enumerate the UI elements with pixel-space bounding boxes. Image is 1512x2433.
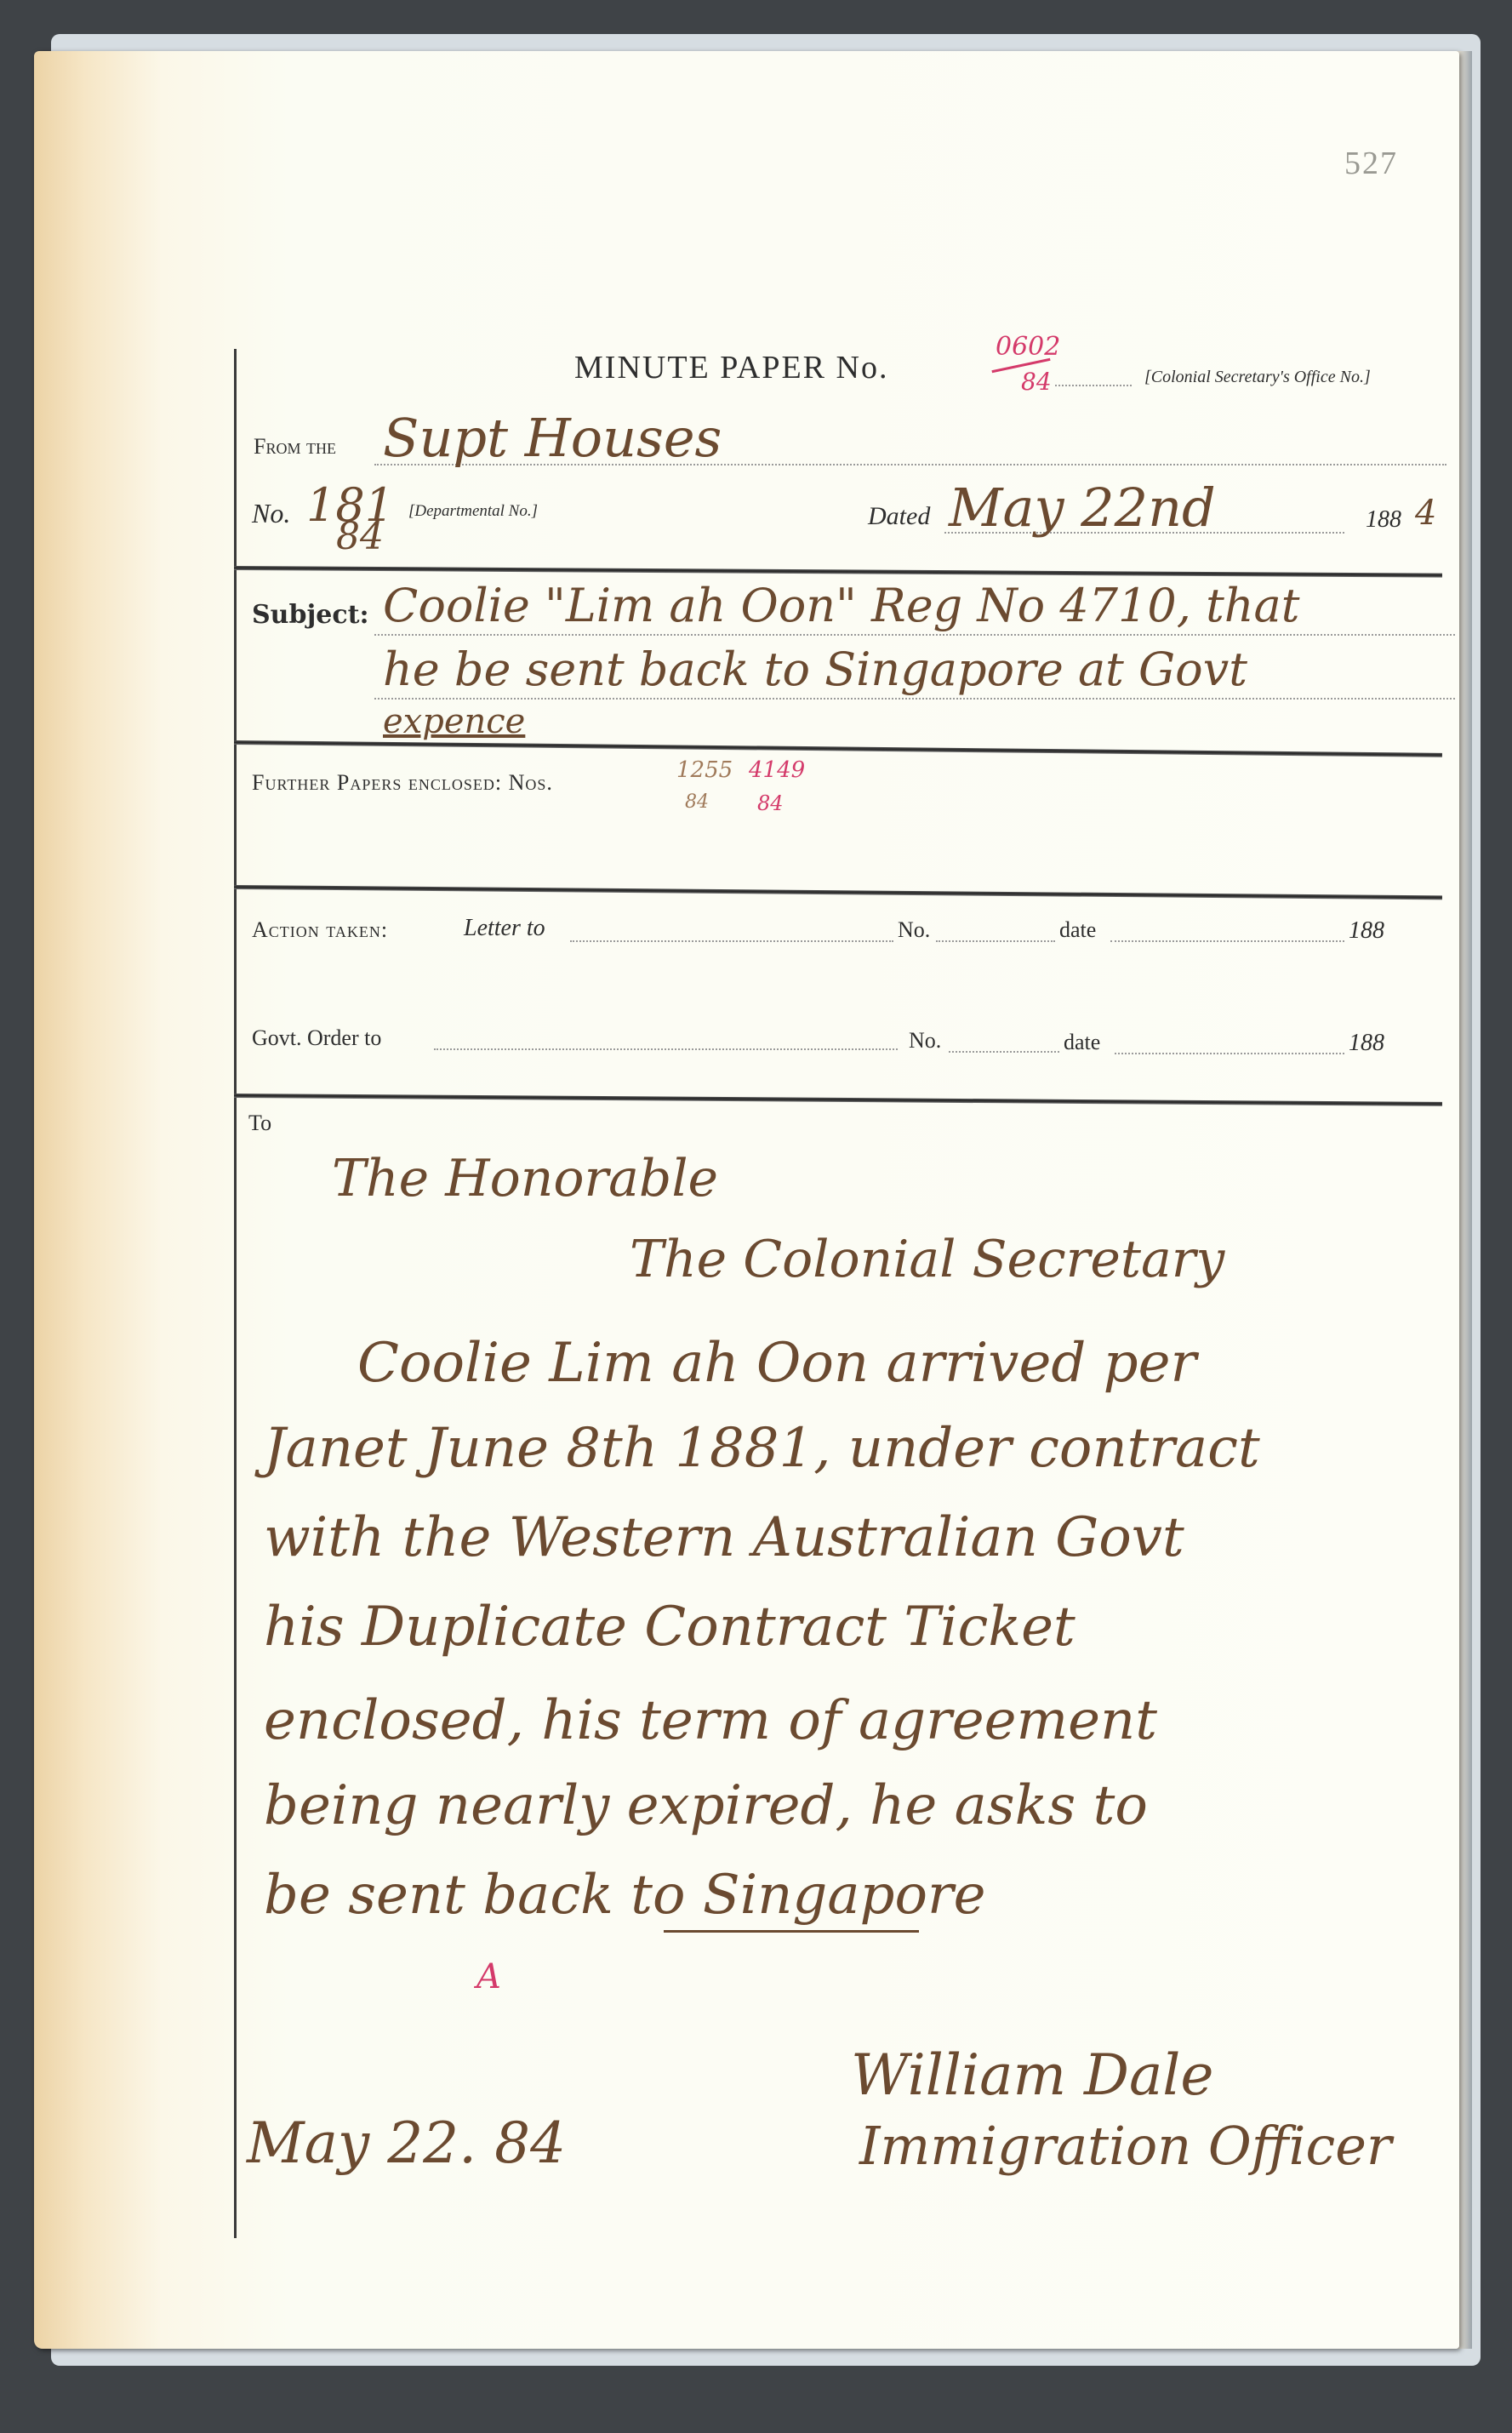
from-value: Supt Houses xyxy=(383,407,722,469)
from-label: From the xyxy=(254,434,336,460)
subject-line-2: he be sent back to Singapore at Govt xyxy=(383,643,1247,696)
to-label: To xyxy=(248,1111,271,1136)
further-papers-label: Further Papers enclosed: Nos. xyxy=(252,770,553,796)
body-line-2: Janet June 8th 1881, under contract xyxy=(264,1417,1260,1480)
govt-order-date-label: date xyxy=(1064,1030,1100,1055)
subject-line-3: expence xyxy=(383,702,525,741)
salutation: The Honorable xyxy=(332,1149,718,1208)
signature-title: Immigration Officer xyxy=(859,2115,1392,2177)
year-printed: 188 xyxy=(1366,506,1401,534)
govt-order-date-dotted-line xyxy=(1115,1053,1344,1054)
minute-no-dotted-line xyxy=(1055,385,1132,386)
minute-paper-title: MINUTE PAPER No. xyxy=(574,349,888,386)
letter-no-dotted-line xyxy=(936,940,1055,942)
body-end-flourish xyxy=(664,1930,919,1933)
further-ref2-denominator: 84 xyxy=(757,791,784,815)
body-line-3: with the Western Australian Govt xyxy=(264,1506,1184,1569)
body-line-1: Coolie Lim ah Oon arrived per xyxy=(357,1332,1196,1395)
letter-year-label: 188 xyxy=(1349,917,1384,945)
letter-to-dotted-line xyxy=(570,940,893,942)
further-ref1-numerator: 1255 xyxy=(676,757,733,783)
body-line-7: be sent back to Singapore xyxy=(264,1864,986,1927)
office-no-label: [Colonial Secretary's Office No.] xyxy=(1144,368,1371,387)
dated-label: Dated xyxy=(868,502,930,531)
page-number: 527 xyxy=(1344,145,1398,182)
further-ref1-denominator: 84 xyxy=(685,791,709,813)
subject-dotted-line-2 xyxy=(374,698,1455,700)
minute-no-denominator: 84 xyxy=(1021,368,1052,396)
year-handwritten: 4 xyxy=(1415,494,1436,533)
govt-order-no-dotted-line xyxy=(949,1051,1059,1053)
form-left-border xyxy=(234,349,237,2238)
dept-no-hint: [Departmental No.] xyxy=(408,502,538,521)
letter-to-label: Letter to xyxy=(464,915,545,942)
dated-value: May 22nd xyxy=(949,477,1216,539)
letter-date-label: date xyxy=(1059,917,1096,943)
action-taken-label: Action taken: xyxy=(252,917,388,943)
govt-order-no-label: No. xyxy=(909,1028,941,1054)
subject-dotted-line-1 xyxy=(374,634,1455,636)
red-check-mark: A xyxy=(476,1957,501,1996)
subject-line-1: Coolie "Lim ah Oon" Reg No 4710, that xyxy=(383,579,1299,632)
body-line-4: his Duplicate Contract Ticket xyxy=(264,1596,1076,1659)
dept-no-denominator: 84 xyxy=(336,515,384,558)
signature-date: May 22. 84 xyxy=(247,2110,566,2176)
dept-no-label: No. xyxy=(252,498,290,529)
govt-order-dotted-line xyxy=(434,1048,898,1050)
body-line-6: being nearly expired, he asks to xyxy=(264,1774,1148,1837)
minute-paper-page xyxy=(34,51,1459,2349)
letter-no-label: No. xyxy=(898,917,930,943)
govt-order-year-label: 188 xyxy=(1349,1030,1384,1057)
addressee: The Colonial Secretary xyxy=(630,1230,1224,1289)
govt-order-label: Govt. Order to xyxy=(252,1025,381,1051)
body-line-5: enclosed, his term of agreement xyxy=(264,1689,1157,1752)
further-ref2-numerator: 4149 xyxy=(749,757,805,783)
signature-name: William Dale xyxy=(851,2042,1213,2108)
subject-label: Subject: xyxy=(252,600,369,630)
letter-date-dotted-line xyxy=(1110,940,1344,942)
minute-no-numerator: 0602 xyxy=(996,332,1060,362)
